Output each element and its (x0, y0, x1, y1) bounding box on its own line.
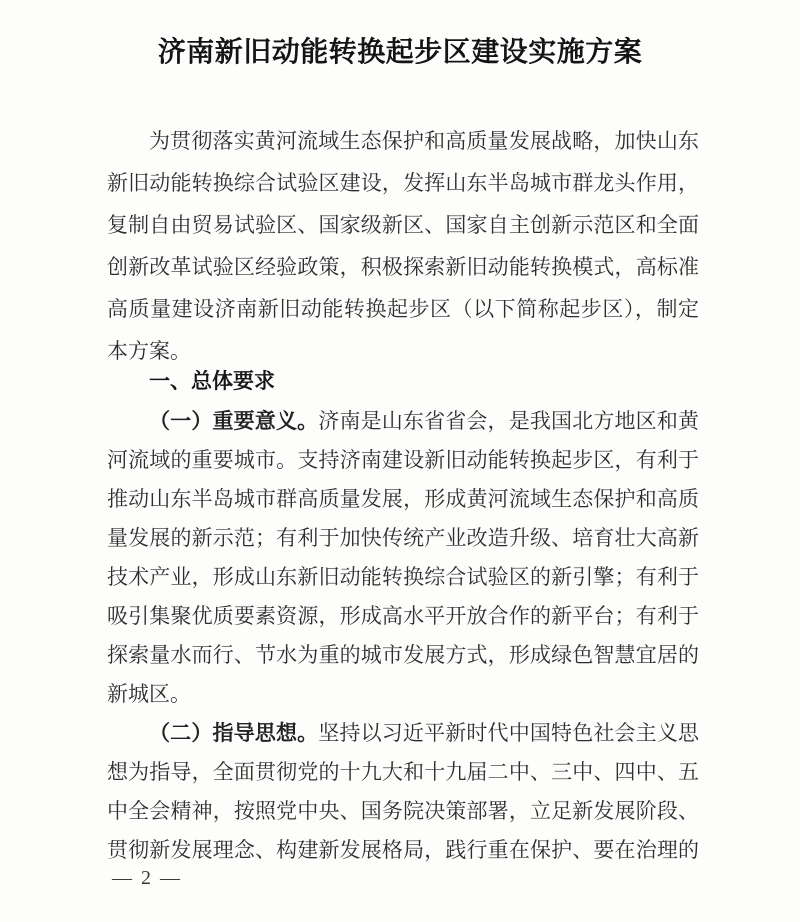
paragraph-line: 吸引集聚优质要素资源，形成高水平开放合作的新平台；有利于 (107, 597, 699, 636)
paragraph: 为贯彻落实黄河流域生态保护和高质量发展战略，加快山东新旧动能转换综合试验区建设，… (107, 120, 699, 372)
section-heading: 一、总体要求 (107, 362, 699, 401)
paragraph-line: 贯彻新发展理念、构建新发展格局，践行重在保护、要在治理的 (107, 831, 699, 870)
page-number: — 2 — (112, 864, 182, 892)
paragraph-line: 新城区。 (107, 675, 699, 714)
paragraph-line: 推动山东半岛城市群高质量发展，形成黄河流域生态保护和高质 (107, 480, 699, 519)
paragraph-lead: （一）重要意义。 (149, 409, 318, 433)
paragraph: （一）重要意义。济南是山东省省会，是我国北方地区和黄河流域的重要城市。支持济南建… (107, 402, 699, 714)
document-page: 济南新旧动能转换起步区建设实施方案 为贯彻落实黄河流域生态保护和高质量发展战略，… (0, 0, 800, 922)
paragraph-line: 为贯彻落实黄河流域生态保护和高质量发展战略，加快山东 (107, 120, 699, 162)
paragraph-line: （一）重要意义。济南是山东省省会，是我国北方地区和黄 (107, 402, 699, 441)
paragraph-line: 高质量建设济南新旧动能转换起步区（以下简称起步区），制定 (107, 288, 699, 330)
paragraph-line: （二）指导思想。坚持以习近平新时代中国特色社会主义思 (107, 714, 699, 753)
paragraph-line: 新旧动能转换综合试验区建设，发挥山东半岛城市群龙头作用， (107, 162, 699, 204)
paragraph-lead: （二）指导思想。 (149, 721, 318, 745)
paragraph-line: 复制自由贸易试验区、国家级新区、国家自主创新示范区和全面 (107, 204, 699, 246)
paragraph-line: 中全会精神，按照党中央、国务院决策部署，立足新发展阶段、 (107, 792, 699, 831)
document-body: 为贯彻落实黄河流域生态保护和高质量发展战略，加快山东新旧动能转换综合试验区建设，… (107, 120, 699, 870)
paragraph-line: 技术产业，形成山东新旧动能转换综合试验区的新引擎；有利于 (107, 558, 699, 597)
paragraph-line: 量发展的新示范；有利于加快传统产业改造升级、培育壮大高新 (107, 519, 699, 558)
paragraph-line: 探索量水而行、节水为重的城市发展方式，形成绿色智慧宜居的 (107, 636, 699, 675)
document-title: 济南新旧动能转换起步区建设实施方案 (0, 0, 800, 73)
paragraph-line: 创新改革试验区经验政策，积极探索新旧动能转换模式，高标准 (107, 246, 699, 288)
paragraph-line: 想为指导，全面贯彻党的十九大和十九届二中、三中、四中、五 (107, 753, 699, 792)
paragraph: （二）指导思想。坚持以习近平新时代中国特色社会主义思想为指导，全面贯彻党的十九大… (107, 714, 699, 870)
paragraph-line: 河流域的重要城市。支持济南建设新旧动能转换起步区，有利于 (107, 441, 699, 480)
